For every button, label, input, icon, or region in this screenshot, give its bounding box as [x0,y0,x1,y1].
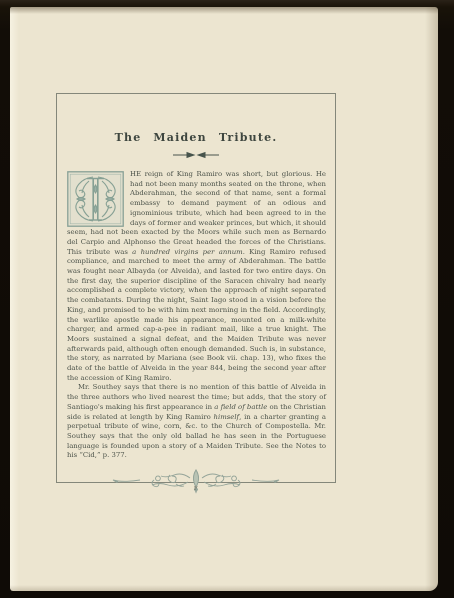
paragraph: Mr. Southey says that there is no mentio… [67,383,326,461]
signature-mark: F [56,486,336,492]
body-text: HE reign of King Ramiro was short, but g… [67,170,326,461]
paper-page: The Maiden Tribute. [10,7,438,591]
drop-cap-initial-icon [67,171,124,227]
page-rule-frame: The Maiden Tribute. [56,93,336,483]
page-title: The Maiden Tribute. [57,131,335,144]
scanned-book-page: The Maiden Tribute. [0,0,454,598]
opposing-arrows-icon [173,151,219,159]
